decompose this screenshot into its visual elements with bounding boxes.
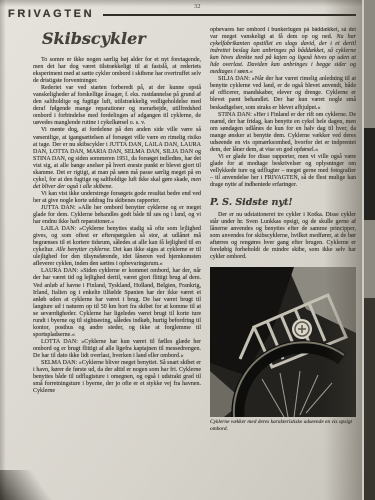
report-laila-dan: LAILA DAN: »Cyklerne benyttes stadig så … (33, 226, 201, 268)
report-jutta-dan: JUTTA DAN: »Alle her ombord benytter cyk… (33, 205, 201, 226)
page: 32 FRIVAGTEN Skibscykler To somre er ikk… (0, 0, 362, 500)
page-corner-shadow (0, 470, 60, 500)
section-title: FRIVAGTEN (8, 8, 94, 20)
article-title: Skibscykler (42, 29, 201, 48)
report-laila-italic: Alle benytter cyklerne. (56, 247, 111, 253)
paragraph-reports-lead: Vi kan vist ikke understrege forsøgets g… (33, 191, 201, 205)
binding-gutter (362, 0, 375, 500)
paragraph-ships-text: Vi mente dog, at fordelene på den anden … (33, 127, 201, 182)
magazine-scan: 32 FRIVAGTEN Skibscykler To somre er ikk… (0, 0, 375, 500)
report-selma-dan: SELMA DAN: »Cyklerne bliver meget benytt… (33, 360, 201, 395)
header-rule (103, 14, 356, 17)
masthead: FRIVAGTEN (8, 8, 356, 20)
gutter-shadow-band (364, 128, 375, 220)
gutter-shadow-band (364, 298, 375, 500)
paragraph-intro: To somre er ikke nogen særlig høj alder … (33, 57, 201, 85)
paragraph-preparation: Rederiet var ved starten forberedt på, a… (33, 85, 201, 127)
report-laura-dan: LAURA DAN: »Siden cyklerne er kommet omb… (33, 268, 201, 338)
article-body: Skibscykler To somre er ikke nogen særli… (33, 27, 356, 497)
left-column: Skibscykler To somre er ikke nogen særli… (33, 27, 201, 497)
page-top-shadow (0, 0, 362, 7)
paragraph-ships: Vi mente dog, at fordelene på den anden … (33, 127, 201, 190)
page-curve-shadow (324, 0, 362, 500)
report-lotta-dan: LOTTA DAN: »Cyklerne har kun været til f… (33, 339, 201, 360)
page-left-shadow (0, 0, 6, 500)
